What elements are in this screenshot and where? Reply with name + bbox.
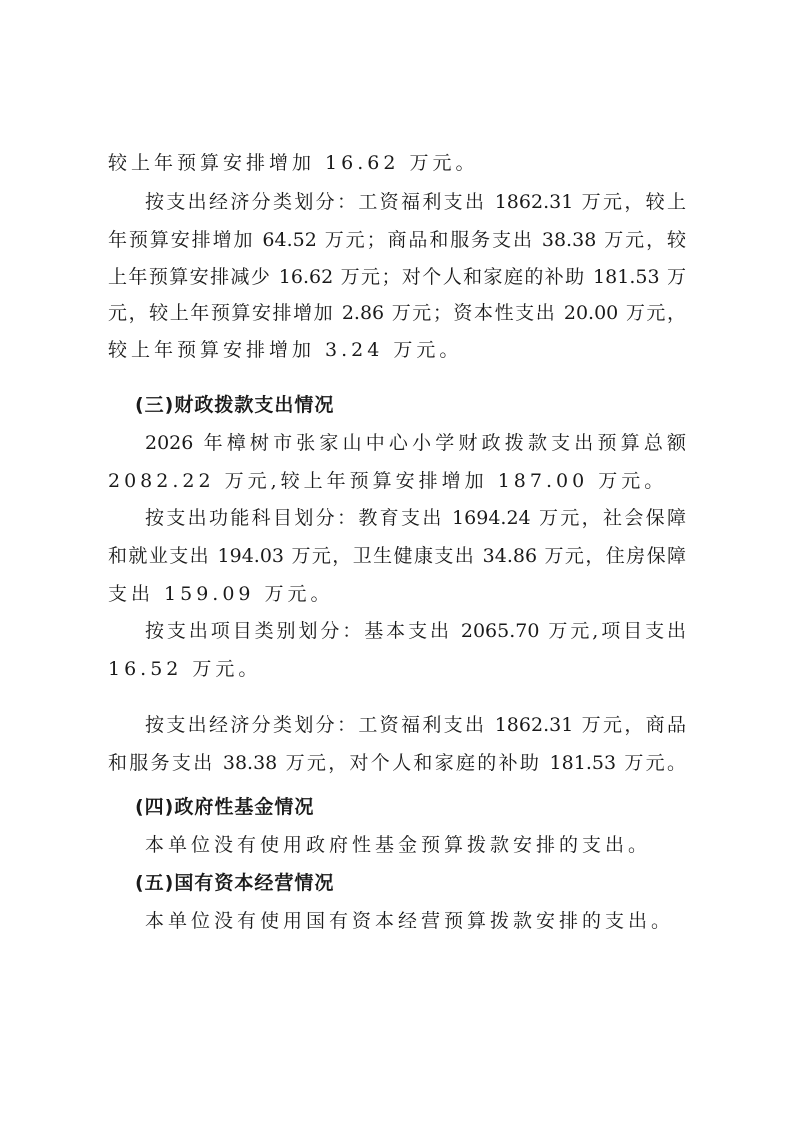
paragraph-line: 按支出经济分类划分：工资福利支出 1862.31 万元，较上 — [145, 183, 686, 221]
paragraph-line: 按支出项目类别划分：基本支出 2065.70 万元,项目支出 — [145, 612, 686, 650]
paragraph-line: 2026 年樟树市张家山中心小学财政拨款支出预算总额 — [145, 424, 686, 462]
paragraph-line: 较上年预算安排增加 16.62 万元。 — [108, 144, 686, 182]
section-heading-government-funds: (四)政府性基金情况 — [135, 788, 686, 826]
section-heading-state-capital: (五)国有资本经营情况 — [135, 864, 686, 902]
paragraph-line: 上年预算安排减少 16.62 万元；对个人和家庭的补助 181.53 万 — [108, 258, 686, 296]
paragraph-line: 2082.22 万元,较上年预算安排增加 187.00 万元。 — [108, 462, 686, 500]
document-page: 较上年预算安排增加 16.62 万元。 按支出经济分类划分：工资福利支出 186… — [0, 0, 793, 1122]
paragraph-line: 本单位没有使用政府性基金预算拨款安排的支出。 — [145, 826, 686, 864]
section-heading-fiscal-appropriation: (三)财政拨款支出情况 — [135, 386, 686, 424]
paragraph-line: 和服务支出 38.38 万元，对个人和家庭的补助 181.53 万元。 — [108, 744, 686, 782]
paragraph-line: 16.52 万元。 — [108, 650, 686, 688]
paragraph-line: 本单位没有使用国有资本经营预算拨款安排的支出。 — [145, 902, 686, 940]
paragraph-line: 按支出功能科目划分：教育支出 1694.24 万元，社会保障 — [145, 499, 686, 537]
paragraph-line: 和就业支出 194.03 万元，卫生健康支出 34.86 万元，住房保障 — [108, 537, 686, 575]
paragraph-line: 支出 159.09 万元。 — [108, 575, 686, 613]
paragraph-line: 按支出经济分类划分：工资福利支出 1862.31 万元，商品 — [145, 706, 686, 744]
paragraph-line: 元，较上年预算安排增加 2.86 万元；资本性支出 20.00 万元， — [108, 294, 686, 332]
paragraph-line: 较上年预算安排增加 3.24 万元。 — [108, 331, 686, 369]
paragraph-line: 年预算安排增加 64.52 万元；商品和服务支出 38.38 万元，较 — [108, 221, 686, 259]
